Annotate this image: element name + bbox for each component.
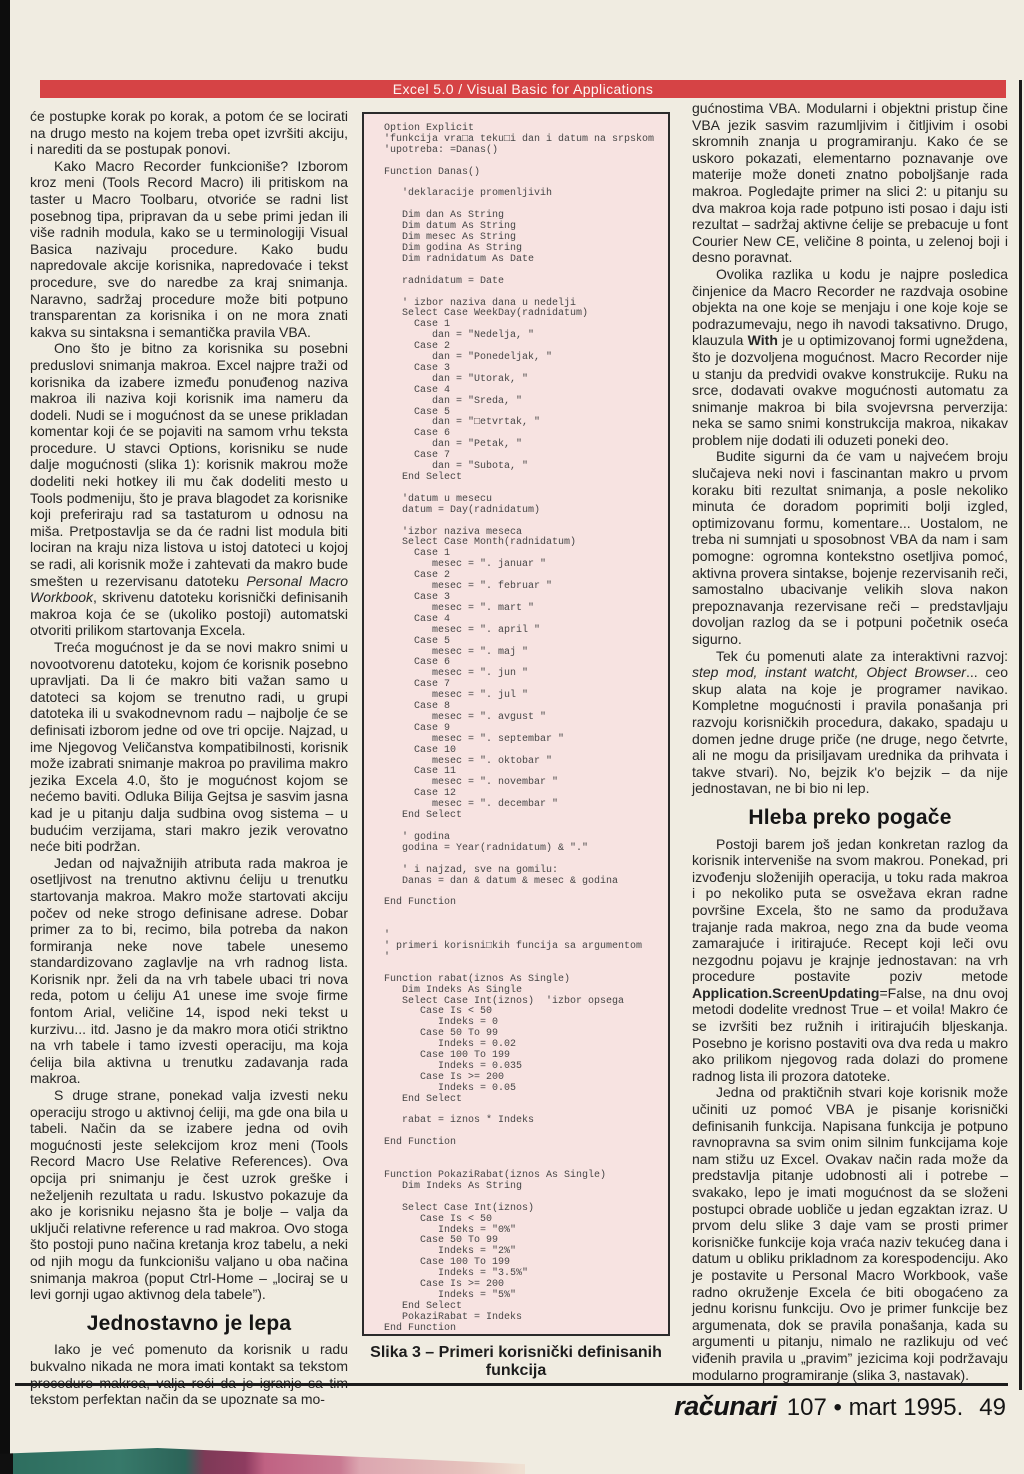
page-edge-right-rule bbox=[1019, 80, 1022, 1390]
article-paragraph: S druge strane, ponekad valja izvesti ne… bbox=[30, 1087, 348, 1303]
magazine-logo: računari bbox=[674, 1391, 777, 1422]
section-heading: Jednostavno je lepa bbox=[30, 1316, 348, 1333]
article-header-title: Excel 5.0 / Visual Basic for Application… bbox=[393, 81, 654, 97]
article-header-bar: Excel 5.0 / Visual Basic for Application… bbox=[40, 80, 1006, 98]
article-paragraph: Tek ću pomenuti alate za interaktivni ra… bbox=[692, 648, 1008, 797]
footer-page-number: 49 bbox=[979, 1394, 1006, 1422]
left-text-column: će postupke korak po korak, a potom će s… bbox=[30, 108, 348, 1408]
page-footer: računari 107 • mart 1995. 49 bbox=[674, 1391, 1006, 1422]
emphasized-text: step mod, instant watcht, Object Browser bbox=[692, 664, 966, 680]
article-paragraph: gućnostima VBA. Modularni i objektni pri… bbox=[692, 100, 1008, 266]
footer-rule bbox=[15, 1383, 1008, 1386]
emphasized-text: Application.ScreenUpdating bbox=[692, 985, 879, 1001]
article-paragraph: će postupke korak po korak, a potom će s… bbox=[30, 108, 348, 158]
emphasized-text: With bbox=[748, 332, 778, 348]
article-paragraph: Budite sigurni da će vam u najvećem broj… bbox=[692, 448, 1008, 647]
figure-caption: Slika 3 – Primeri korisnički definisanih… bbox=[346, 1344, 686, 1380]
right-text-column: gućnostima VBA. Modularni i objektni pri… bbox=[692, 100, 1008, 1383]
footer-issue-date: 107 • mart 1995. bbox=[787, 1394, 964, 1422]
section-heading: Hleba preko pogače bbox=[692, 810, 1008, 827]
article-paragraph: Jedan od najvažnijih atributa rada makro… bbox=[30, 855, 348, 1087]
article-paragraph: Iako je već pomenuto da korisnik u radu … bbox=[30, 1341, 348, 1407]
article-paragraph: Kako Macro Recorder funkcioniše? Izborom… bbox=[30, 158, 348, 341]
article-paragraph: Ono što je bitno za korisnika su posebni… bbox=[30, 340, 348, 639]
code-listing: Option Explicit 'funkcija vra□a teku□i d… bbox=[364, 114, 668, 1336]
article-paragraph: Postoji barem još jedan konkretan razlog… bbox=[692, 836, 1008, 1085]
next-page-photo-fragment bbox=[0, 1448, 525, 1474]
magazine-page: Excel 5.0 / Visual Basic for Application… bbox=[0, 0, 1024, 1474]
emphasized-text: Personal Macro Workbook bbox=[30, 573, 348, 606]
page-edge-left-strip bbox=[0, 0, 10, 1474]
article-paragraph: Jedna od praktičnih stvari koje korisnik… bbox=[692, 1084, 1008, 1383]
article-paragraph: Treća mogućnost je da se novi makro snim… bbox=[30, 639, 348, 855]
code-listing-box: Option Explicit 'funkcija vra□a teku□i d… bbox=[362, 112, 670, 1336]
article-paragraph: Ovolika razlika u kodu je najpre posledi… bbox=[692, 266, 1008, 449]
